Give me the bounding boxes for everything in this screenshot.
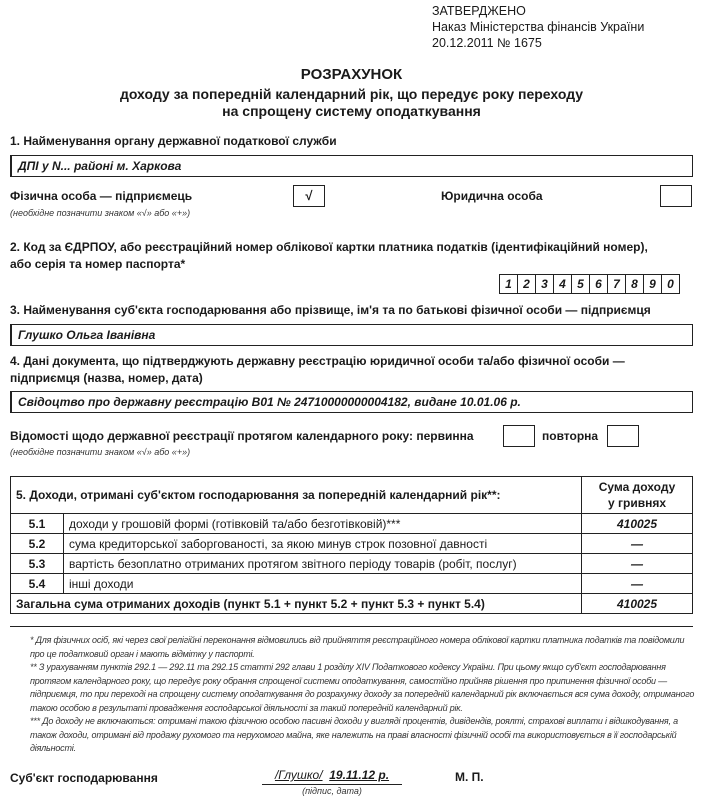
- income-row-amount[interactable]: —: [582, 554, 693, 574]
- income-table-title: 5. Доходи, отримані суб'єктом господарюв…: [11, 477, 582, 514]
- tax-id-field[interactable]: 1234567890: [500, 274, 680, 294]
- entity-name-field[interactable]: Глушко Ольга Іванівна: [10, 324, 693, 346]
- amount-header-line1: Сума доходу: [587, 479, 687, 495]
- amount-column-header: Сума доходу у гривнях: [582, 477, 693, 514]
- repeat-registration-label: повторна: [542, 429, 598, 443]
- approval-date: 20.12.2011 № 1675: [432, 35, 644, 51]
- approval-title: ЗАТВЕРДЖЕНО: [432, 3, 644, 19]
- signature-field[interactable]: /Глушко/ 19.11.12 р.: [262, 768, 402, 785]
- income-row: 5.2сума кредиторської заборгованості, за…: [11, 534, 693, 554]
- document-subtitle-2: на спрощену систему оподаткування: [0, 103, 703, 119]
- income-row-amount[interactable]: —: [582, 574, 693, 594]
- tax-id-digit[interactable]: 1: [499, 274, 518, 294]
- legal-entity-checkbox[interactable]: [660, 185, 692, 207]
- footnotes: * Для фізичних осіб, які через свої релі…: [30, 634, 698, 756]
- tax-id-digit[interactable]: 5: [571, 274, 590, 294]
- income-row-description: сума кредиторської заборгованості, за як…: [64, 534, 582, 554]
- tax-id-digit[interactable]: 7: [607, 274, 626, 294]
- tax-id-digit[interactable]: 3: [535, 274, 554, 294]
- individual-label: Фізична особа — підприємець: [10, 189, 192, 203]
- mark-hint: (необхідне позначити знаком «√» або «+»): [10, 208, 190, 218]
- income-row-amount[interactable]: —: [582, 534, 693, 554]
- footnote-1: * Для фізичних осіб, які через свої релі…: [30, 634, 698, 661]
- income-row-number: 5.3: [11, 554, 64, 574]
- registration-document-field[interactable]: Свідоцтво про державну реєстрацію В01 № …: [10, 391, 693, 413]
- income-table-header: 5. Доходи, отримані суб'єктом господарюв…: [11, 477, 693, 514]
- section2-label-line1: 2. Код за ЄДРПОУ, або реєстраційний номе…: [10, 240, 648, 254]
- footnotes-divider: [10, 626, 693, 627]
- approval-order: Наказ Міністерства фінансів України: [432, 19, 644, 35]
- income-row: 5.3вартість безоплатно отриманих протяго…: [11, 554, 693, 574]
- income-row-number: 5.2: [11, 534, 64, 554]
- repeat-registration-checkbox[interactable]: [607, 425, 639, 447]
- income-table: 5. Доходи, отримані суб'єктом господарюв…: [10, 476, 693, 614]
- signature-caption: (підпис, дата): [262, 786, 402, 796]
- tax-id-digit[interactable]: 4: [553, 274, 572, 294]
- income-row-description: доходи у грошовій формі (готівковій та/а…: [64, 514, 582, 534]
- document-subtitle-1: доходу за попередній календарний рік, що…: [0, 86, 703, 102]
- section3-label: 3. Найменування суб'єкта господарювання …: [10, 303, 651, 317]
- legal-entity-label: Юридична особа: [441, 189, 543, 203]
- signature-label: Суб'єкт господарювання: [10, 771, 158, 785]
- tax-id-digit[interactable]: 0: [661, 274, 680, 294]
- registration-hint: (необхідне позначити знаком «√» або «+»): [10, 447, 190, 457]
- tax-id-digit[interactable]: 9: [643, 274, 662, 294]
- income-total-label: Загальна сума отриманих доходів (пункт 5…: [11, 594, 582, 614]
- section2-label-line2: або серія та номер паспорта*: [10, 257, 185, 271]
- section1-label: 1. Найменування органу державної податко…: [10, 134, 337, 148]
- income-row-number: 5.4: [11, 574, 64, 594]
- income-row: 5.4інші доходи—: [11, 574, 693, 594]
- registration-label: Відомості щодо державної реєстрації прот…: [10, 429, 474, 443]
- footnote-2: ** З урахуванням пунктів 292.1 — 292.11 …: [30, 661, 698, 715]
- income-total-amount[interactable]: 410025: [582, 594, 693, 614]
- tax-id-digit[interactable]: 8: [625, 274, 644, 294]
- individual-checkbox[interactable]: √: [293, 185, 325, 207]
- section4-label-line2: підприємця (назва, номер, дата): [10, 371, 203, 385]
- signature-date: 19.11.12 р.: [329, 768, 389, 782]
- section4-label-line1: 4. Дані документа, що підтверджують держ…: [10, 354, 625, 368]
- income-row-number: 5.1: [11, 514, 64, 534]
- income-row-description: вартість безоплатно отриманих протягом з…: [64, 554, 582, 574]
- primary-registration-checkbox[interactable]: [503, 425, 535, 447]
- amount-header-line2: у гривнях: [587, 495, 687, 511]
- tax-id-digit[interactable]: 2: [517, 274, 536, 294]
- document-title: РОЗРАХУНОК: [0, 66, 703, 83]
- income-row-description: інші доходи: [64, 574, 582, 594]
- tax-office-field[interactable]: ДПІ у N... районі м. Харкова: [10, 155, 693, 177]
- income-total-row: Загальна сума отриманих доходів (пункт 5…: [11, 594, 693, 614]
- stamp-label: М. П.: [455, 770, 484, 784]
- tax-id-digit[interactable]: 6: [589, 274, 608, 294]
- footnote-3: *** До доходу не включаються: отримані т…: [30, 715, 698, 756]
- income-row-amount[interactable]: 410025: [582, 514, 693, 534]
- income-row: 5.1доходи у грошовій формі (готівковій т…: [11, 514, 693, 534]
- signature-name: /Глушко/: [275, 768, 323, 782]
- approval-stamp: ЗАТВЕРДЖЕНО Наказ Міністерства фінансів …: [432, 3, 644, 51]
